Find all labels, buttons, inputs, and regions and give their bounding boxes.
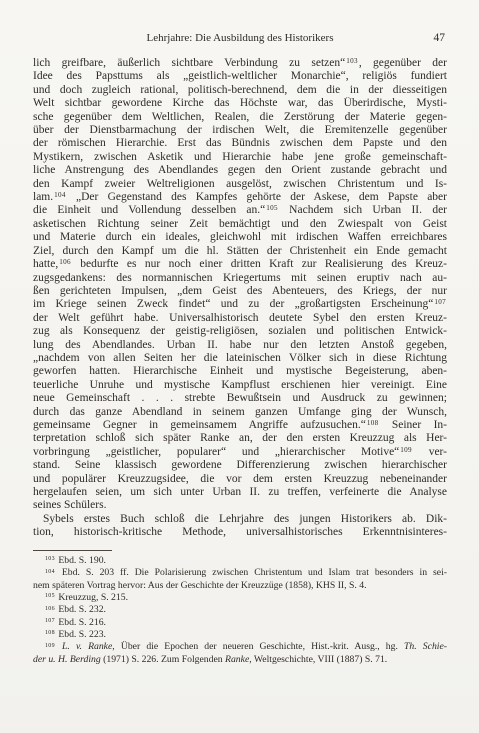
text-segment: hatte, xyxy=(33,258,58,270)
body-line: sche gegenüber dem Weltlichen, Realen, d… xyxy=(33,111,447,124)
text-segment: zugsgedankens: des normannischen Krieger… xyxy=(33,272,447,284)
footnote-line: 106 Ebd. S. 232. xyxy=(33,604,447,616)
text-segment: , gegenüber der xyxy=(359,57,447,69)
text-segment: lich greifbare, äußerlich sichtbare Verb… xyxy=(33,57,345,69)
text-segment: terpretation schloß sich später Ranke an… xyxy=(33,432,447,444)
body-line: und doch zugleich rational, politisch-be… xyxy=(33,84,447,97)
text-segment: der Welt geführt habe. Universalhistoris… xyxy=(33,312,447,324)
footnote-line: nem späteren Vortrag hervor: Aus der Ges… xyxy=(33,580,447,592)
body-line: im Kriege seinen Zweck findet“ und zu de… xyxy=(33,298,447,311)
body-line: Idee des Papsttums als „geistlich-weltli… xyxy=(33,70,447,83)
body-line: liche Anstrengung des Abendlandes gegen … xyxy=(33,164,447,177)
footnote-ref: 104 xyxy=(54,191,66,199)
footnote-number: 108 xyxy=(45,630,55,636)
body-line: gemeinsame Gegner in gemeinsamem Angriff… xyxy=(33,419,447,432)
body-line: neue Gemeinschaft . . . strebte Bewußtse… xyxy=(33,392,447,405)
body-line: hergelaufen seien, um sich unter Urban I… xyxy=(33,486,447,499)
body-line: Ziel, durch den Kampf um die hl. Stätten… xyxy=(33,245,447,258)
footnote-line: 109 L. v. Ranke, Über die Epochen der ne… xyxy=(33,641,447,653)
text-segment: neue Gemeinschaft . . . strebte Bewußtse… xyxy=(33,392,447,404)
body-line: hatte,106 bedurfte es nur noch einer dri… xyxy=(33,258,447,271)
body-line: stand. Seine klassisch gewordene Differe… xyxy=(33,459,447,472)
text-segment: Mystikern, zwischen Asketik und Hierarch… xyxy=(33,151,447,163)
footnote-line: 103 Ebd. S. 190. xyxy=(33,555,447,567)
body-line: und Materie durch ein ideales, gleichwoh… xyxy=(33,231,447,244)
text-segment: durch das ganze Abendland in seinem ganz… xyxy=(33,406,447,418)
text-segment: Idee des Papsttums als „geistlich-weltli… xyxy=(33,70,447,82)
text-segment: Ebd. S. 190. xyxy=(56,555,106,566)
footnote-line: 104 Ebd. S. 203 ff. Die Polarisierung zw… xyxy=(33,567,447,579)
body-line: Welt sichtbar gewordene Kirche das Höchs… xyxy=(33,97,447,110)
footnote-ref: 103 xyxy=(346,57,358,65)
text-segment: Ebd. S. 232. xyxy=(56,604,106,615)
body-line: lich greifbare, äußerlich sichtbare Verb… xyxy=(33,57,447,70)
text-segment: Ranke xyxy=(225,654,249,665)
footnote-line: 108 Ebd. S. 223. xyxy=(33,629,447,641)
body-line: Mystikern, zwischen Asketik und Hierarch… xyxy=(33,151,447,164)
body-line: Sybels erstes Buch schloß die Lehrjahre … xyxy=(33,513,447,526)
footnote-ref: 108 xyxy=(367,419,379,427)
text-segment: liche Anstrengung des Abendlandes gegen … xyxy=(33,164,447,176)
footnote-number: 105 xyxy=(45,593,55,599)
body-line: der römischen Hierarchie. Erst das Bündn… xyxy=(33,137,447,150)
body-line: teuerliche Unruhe und mystische Kampflus… xyxy=(33,379,447,392)
footnote-number: 103 xyxy=(45,556,55,562)
footnote-line: 107 Ebd. S. 216. xyxy=(33,617,447,629)
running-head: Lehrjahre: Die Ausbildung des Historiker… xyxy=(33,31,447,45)
book-page: Lehrjahre: Die Ausbildung des Historiker… xyxy=(0,0,479,733)
text-segment: lam. xyxy=(33,191,53,203)
text-segment: , Über die Epochen der neueren Geschicht… xyxy=(112,641,404,652)
footnote-ref: 106 xyxy=(59,258,71,266)
body-line: terpretation schloß sich später Ranke an… xyxy=(33,432,447,445)
body-line: zug als Konsequenz der geistig-religiöse… xyxy=(33,325,447,338)
footnote-separator xyxy=(33,550,112,551)
text-segment: den Kampf zweier Weltreligionen ausgelös… xyxy=(33,178,447,190)
text-segment: Welt sichtbar gewordene Kirche das Höchs… xyxy=(33,97,447,109)
body-line: tion, historisch-kritische Methode, univ… xyxy=(33,526,447,539)
footnote-number: 107 xyxy=(45,618,55,624)
footnote-number: 106 xyxy=(45,606,55,612)
text-segment: seines Schülers. xyxy=(33,499,106,511)
text-segment: asketischen Richtung seiner Zeit bemächt… xyxy=(33,218,447,230)
text-segment: lung des Abendlandes. Urban II. habe nur… xyxy=(33,339,447,351)
text-segment: Th. Schie- xyxy=(404,641,447,652)
text-segment: Ziel, durch den Kampf um die hl. Stätten… xyxy=(33,245,447,257)
text-segment: der römischen Hierarchie. Erst das Bündn… xyxy=(33,137,447,149)
text-segment: und populärer Kreuzzugsidee, die vor dem… xyxy=(33,473,447,485)
text-segment: Kreuzzug, S. 215. xyxy=(56,592,128,603)
body-line: asketischen Richtung seiner Zeit bemächt… xyxy=(33,218,447,231)
text-segment: geworfen hatten. Hierarchische Einheit u… xyxy=(33,365,447,377)
text-segment: die Einheit und Vollendung desselben an.… xyxy=(33,204,265,216)
text-segment: (1971) S. 226. Zum Folgenden xyxy=(101,654,225,665)
text-segment: der u. H. Berding xyxy=(33,654,101,665)
text-segment: Ebd. S. 223. xyxy=(56,629,106,640)
footnote-line: 105 Kreuzzug, S. 215. xyxy=(33,592,447,604)
body-line: geworfen hatten. Hierarchische Einheit u… xyxy=(33,365,447,378)
text-segment: und Materie durch ein ideales, gleichwoh… xyxy=(33,231,447,243)
page-number: 47 xyxy=(434,31,446,45)
text-segment: bedurfte es nur noch einer dritten Kraft… xyxy=(72,258,447,270)
footnote-ref: 105 xyxy=(266,204,278,212)
text-segment: hergelaufen seien, um sich unter Urban I… xyxy=(33,486,447,498)
body-line: vorbringung „geistlicher, popularer“ und… xyxy=(33,446,447,459)
body-line: lam.104 „Der Gegenstand des Kampfes gehö… xyxy=(33,191,447,204)
body-line: seines Schülers. xyxy=(33,499,447,512)
text-segment: zug als Konsequenz der geistig-religiöse… xyxy=(33,325,447,337)
body-line: ßen gerichteten Impulsen, „dem Geist des… xyxy=(33,285,447,298)
body-line: der Welt geführt habe. Universalhistoris… xyxy=(33,312,447,325)
text-segment: „nachdem von allen Seiten her die latein… xyxy=(33,352,447,364)
text-segment: „Der Gegenstand des Kampfes gehörte der … xyxy=(67,191,447,203)
footnote-ref: 109 xyxy=(400,446,412,454)
text-segment: L. v. Ranke xyxy=(62,641,112,652)
footnotes: 103 Ebd. S. 190.104 Ebd. S. 203 ff. Die … xyxy=(33,555,447,666)
text-segment: nem späteren Vortrag hervor: Aus der Ges… xyxy=(33,580,367,591)
text-segment: über der Dienstbarmachung der irdischen … xyxy=(33,124,447,136)
body-line: die Einheit und Vollendung desselben an.… xyxy=(33,204,447,217)
text-segment: teuerliche Unruhe und mystische Kampflus… xyxy=(33,379,447,391)
text-segment: sche gegenüber dem Weltlichen, Realen, d… xyxy=(33,111,447,123)
text-segment: Seiner In- xyxy=(379,419,447,431)
body-line: „nachdem von allen Seiten her die latein… xyxy=(33,352,447,365)
footnote-number: 109 xyxy=(45,643,55,649)
text-segment: ßen gerichteten Impulsen, „dem Geist des… xyxy=(33,285,447,297)
footnote-ref: 107 xyxy=(434,298,446,306)
body-line: den Kampf zweier Weltreligionen ausgelös… xyxy=(33,178,447,191)
text-segment: und doch zugleich rational, politisch-be… xyxy=(33,84,447,96)
body-text: lich greifbare, äußerlich sichtbare Verb… xyxy=(33,57,447,540)
body-line: und populärer Kreuzzugsidee, die vor dem… xyxy=(33,473,447,486)
body-line: lung des Abendlandes. Urban II. habe nur… xyxy=(33,339,447,352)
text-segment: im Kriege seinen Zweck findet“ und zu de… xyxy=(33,298,433,310)
text-segment: Sybels erstes Buch schloß die Lehrjahre … xyxy=(43,513,447,525)
text-segment: gemeinsame Gegner in gemeinsamem Angriff… xyxy=(33,419,366,431)
footnote-line: der u. H. Berding (1971) S. 226. Zum Fol… xyxy=(33,654,447,666)
text-segment: Ebd. S. 216. xyxy=(56,617,106,628)
text-segment: , Weltgeschichte, VIII (1887) S. 71. xyxy=(249,654,387,665)
body-line: über der Dienstbarmachung der irdischen … xyxy=(33,124,447,137)
text-segment: stand. Seine klassisch gewordene Differe… xyxy=(33,459,447,471)
running-head-title: Lehrjahre: Die Ausbildung des Historiker… xyxy=(33,31,447,45)
text-segment: Ebd. S. 203 ff. Die Polarisierung zwisch… xyxy=(56,567,447,578)
footnote-number: 104 xyxy=(45,569,55,575)
text-segment: Nachdem sich Urban II. der xyxy=(279,204,447,216)
text-segment: tion, historisch-kritische Methode, univ… xyxy=(33,526,447,538)
body-line: zugsgedankens: des normannischen Krieger… xyxy=(33,272,447,285)
text-segment: vorbringung „geistlicher, popularer“ und… xyxy=(33,446,399,458)
text-segment: ver- xyxy=(413,446,447,458)
body-line: durch das ganze Abendland in seinem ganz… xyxy=(33,406,447,419)
